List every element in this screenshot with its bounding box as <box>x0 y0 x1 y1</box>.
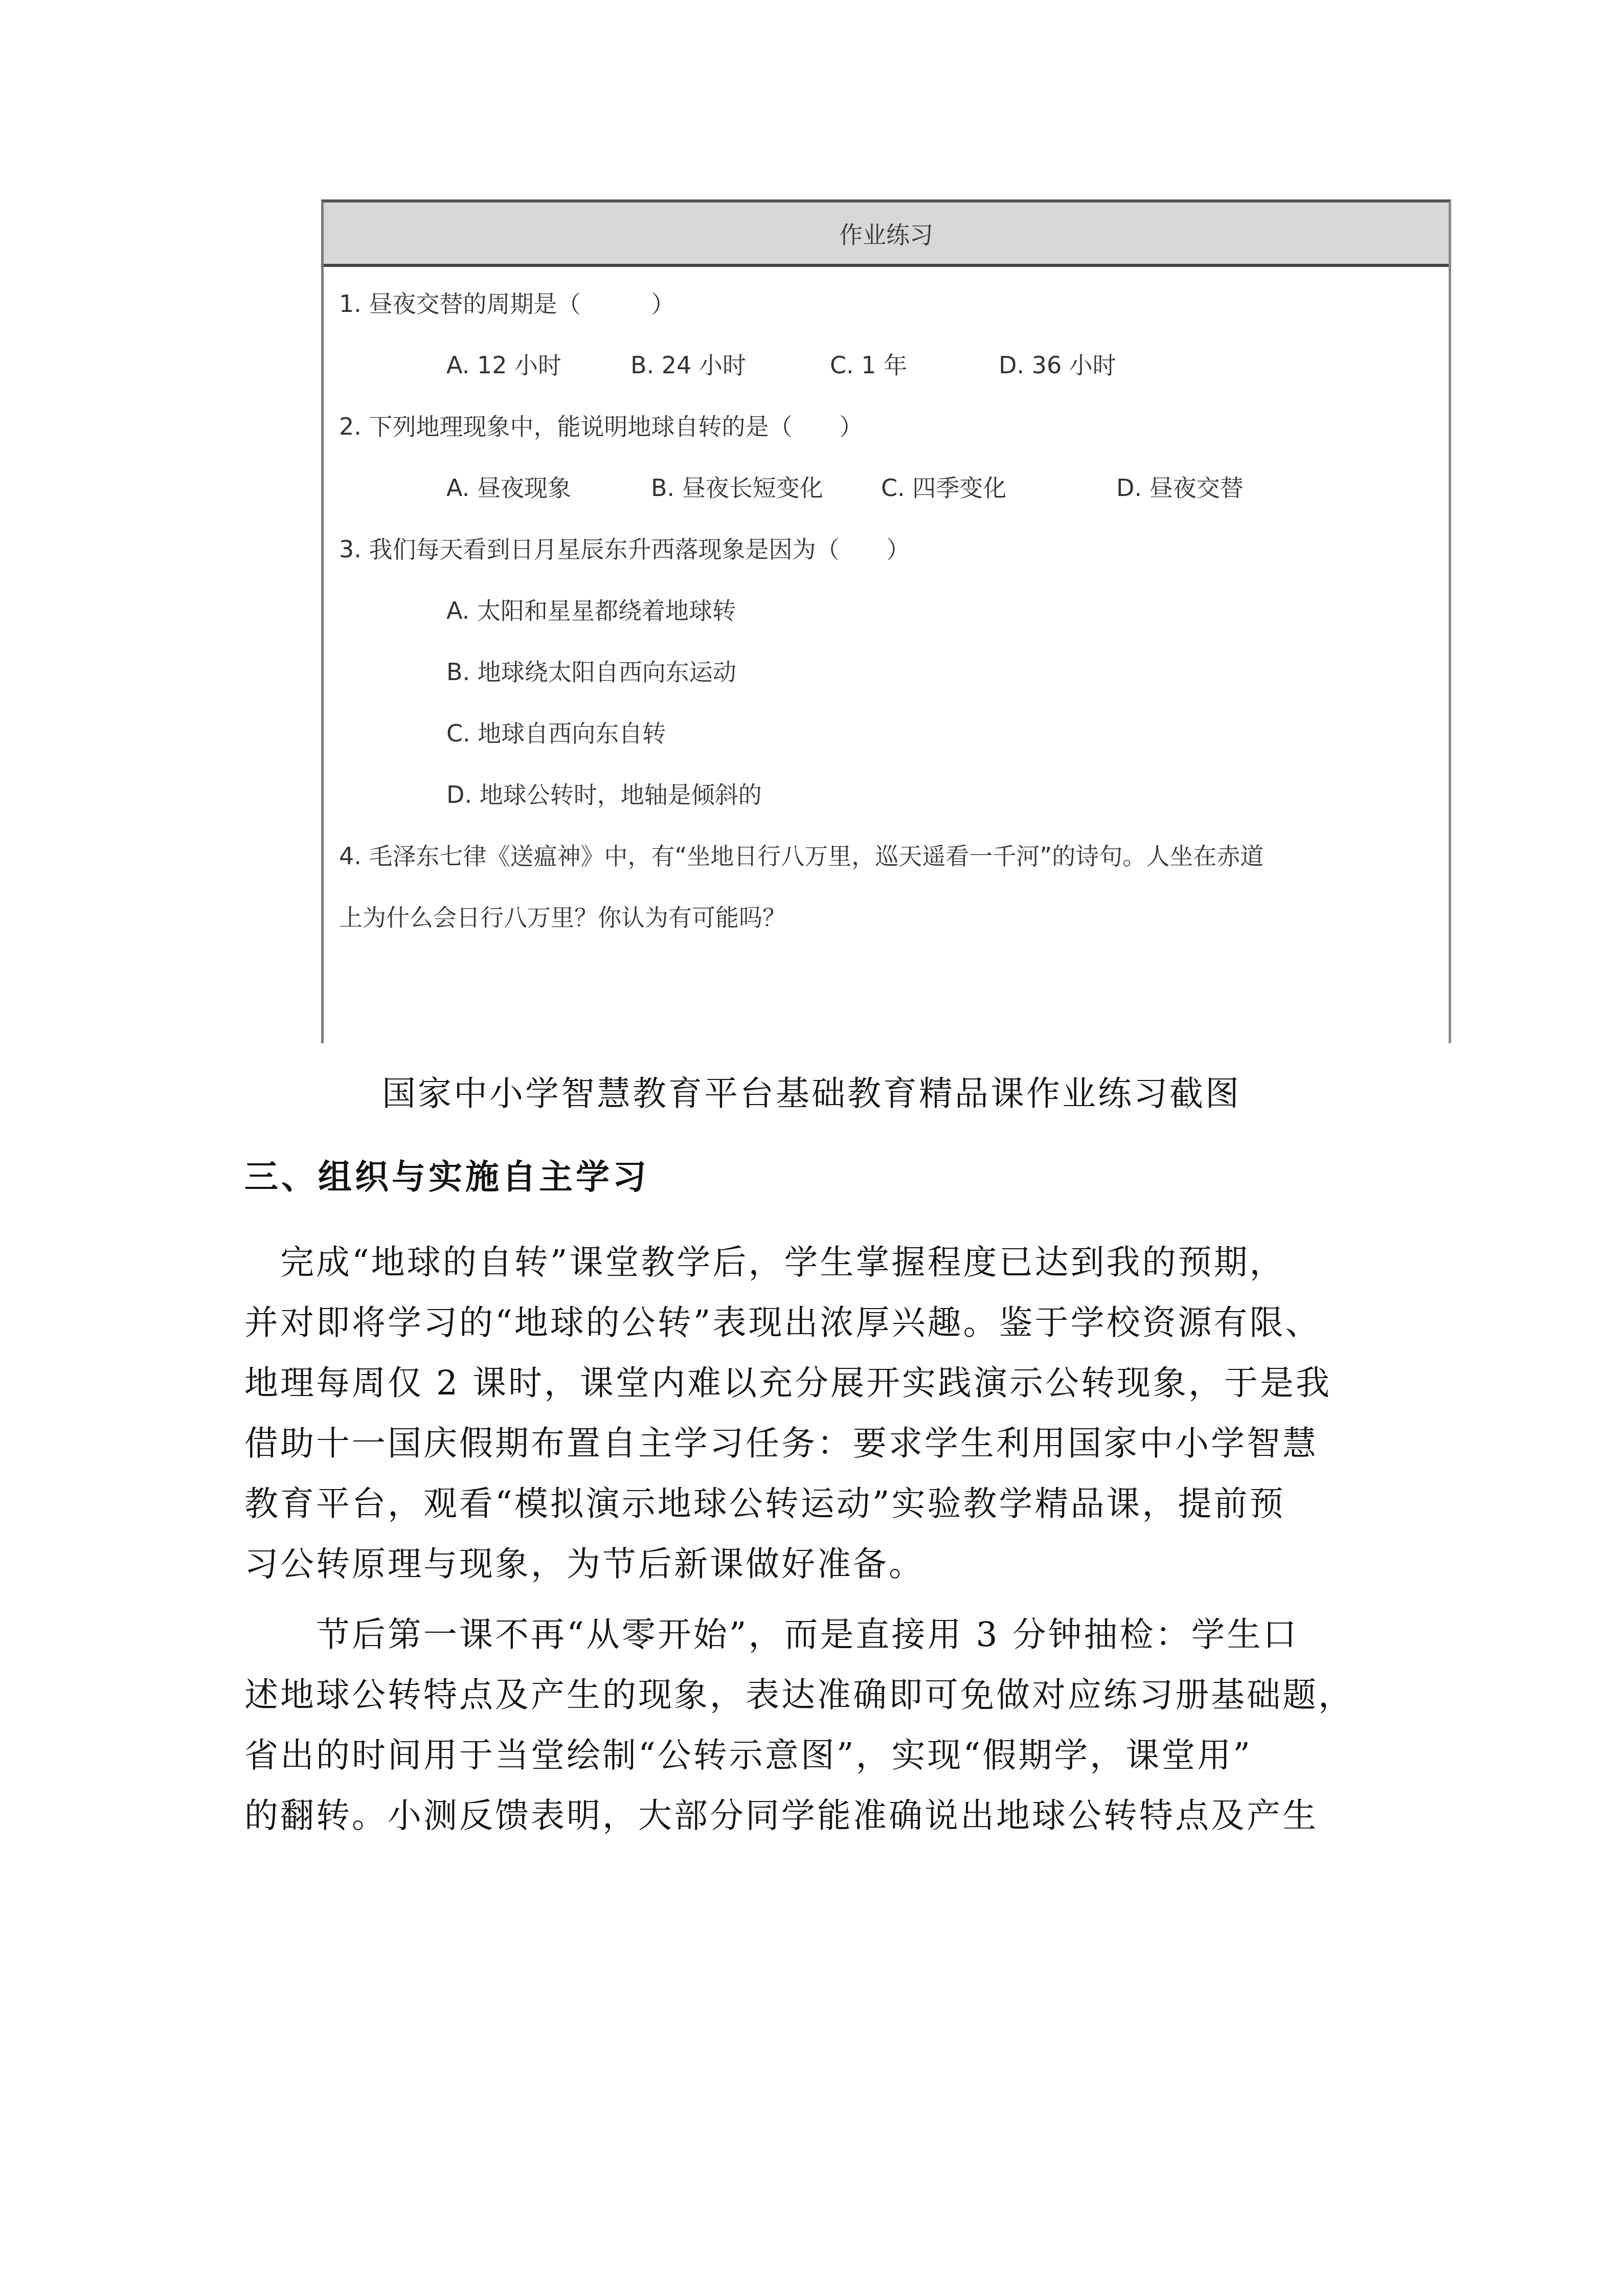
q2-option-a: A. 昼夜现象 <box>446 469 651 503</box>
homework-screenshot-table: 作业练习 1. 昼夜交替的周期是（ ） A. 12 小时 B. 24 小时 C.… <box>321 199 1451 1043</box>
paragraph-2-line-3: 省出的时间用于当堂绘制“公转示意图”，实现“假期学，课堂用” <box>244 1728 1252 1776</box>
question-1-stem: 1. 昼夜交替的周期是（ ） <box>339 285 675 319</box>
paragraph-1-line-6: 习公转原理与现象，为节后新课做好准备。 <box>244 1537 925 1585</box>
question-4-stem-line-1: 4. 毛泽东七律《送瘟神》中，有“坐地日行八万里，巡天遥看一千河”的诗句。人坐在… <box>339 838 1264 871</box>
question-2-stem: 2. 下列地理现象中，能说明地球自转的是（ ） <box>339 408 863 442</box>
section-heading: 三、组织与实施自主学习 <box>244 1150 649 1198</box>
question-4-stem-line-2: 上为什么会日行八万里？你认为有可能吗？ <box>339 899 786 933</box>
paragraph-2-line-4: 的翻转。小测反馈表明，大部分同学能准确说出地球公转特点及产生 <box>244 1788 1318 1837</box>
q1-option-c: C. 1 年 <box>830 347 999 380</box>
table-header-title: 作业练习 <box>839 216 933 250</box>
paragraph-1-line-5: 教育平台，观看“模拟演示地球公转运动”实验教学精品课，提前预 <box>244 1476 1285 1525</box>
paragraph-1-line-4: 借助十一国庆假期布置自主学习任务：要求学生利用国家中小学智慧 <box>244 1416 1318 1465</box>
q1-option-a: A. 12 小时 <box>446 347 630 380</box>
paragraph-2-line-2: 述地球公转特点及产生的现象，表达准确即可免做对应练习册基础题， <box>244 1668 1354 1716</box>
q1-option-b: B. 24 小时 <box>630 347 830 380</box>
question-3-stem: 3. 我们每天看到日月星辰东升西落现象是因为（ ） <box>339 531 910 565</box>
paragraph-2-line-1: 节后第一课不再“从零开始”，而是直接用 3 分钟抽检：学生口 <box>244 1607 1298 1656</box>
paragraph-1-line-3: 地理每周仅 2 课时，课堂内难以充分展开实践演示公转现象，于是我 <box>244 1356 1332 1404</box>
q2-option-c: C. 四季变化 <box>881 469 1116 503</box>
q1-option-d: D. 36 小时 <box>999 347 1116 380</box>
q2-option-d: D. 昼夜交替 <box>1116 469 1244 503</box>
table-header: 作业练习 <box>324 202 1449 267</box>
question-2-options: A. 昼夜现象 B. 昼夜长短变化 C. 四季变化 D. 昼夜交替 <box>446 469 1244 503</box>
paragraph-1-line-1: 完成“地球的自转”课堂教学后，学生掌握程度已达到我的预期， <box>244 1235 1285 1284</box>
q3-option-d: D. 地球公转时，地轴是倾斜的 <box>446 776 762 810</box>
question-1-options: A. 12 小时 B. 24 小时 C. 1 年 D. 36 小时 <box>446 347 1116 380</box>
q3-option-b: B. 地球绕太阳自西向东运动 <box>446 654 736 687</box>
q2-option-b: B. 昼夜长短变化 <box>651 469 881 503</box>
q3-option-a: A. 太阳和星星都绕着地球转 <box>446 592 736 626</box>
questions-body: 1. 昼夜交替的周期是（ ） A. 12 小时 B. 24 小时 C. 1 年 … <box>324 267 1449 1043</box>
figure-caption: 国家中小学智慧教育平台基础教育精品课作业练习截图 <box>0 1066 1623 1115</box>
paragraph-1-line-2: 并对即将学习的“地球的公转”表现出浓厚兴趣。鉴于学校资源有限、 <box>244 1295 1321 1344</box>
q3-option-c: C. 地球自西向东自转 <box>446 715 666 749</box>
